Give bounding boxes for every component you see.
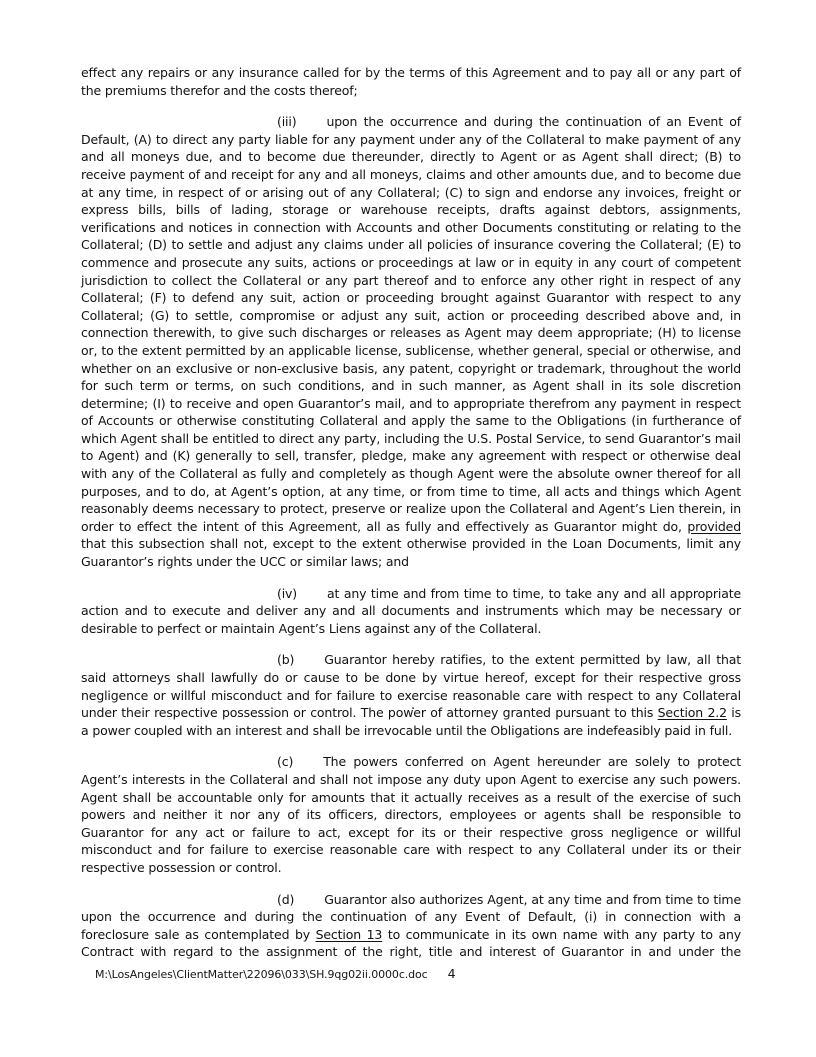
- text-run: upon the occurrence and during the conti…: [81, 114, 741, 534]
- text-run: at any time and from time to time, to ta…: [81, 586, 741, 636]
- text-run: The powers conferred on Agent hereunder …: [81, 754, 741, 875]
- paragraph-d: (d)Guarantor also authorizes Agent, at a…: [81, 891, 741, 961]
- paragraph-label: (c): [277, 754, 293, 769]
- document-body: effect any repairs or any insurance call…: [81, 64, 741, 975]
- paragraph-label: (d): [277, 892, 294, 907]
- paragraph-label: (iii): [277, 114, 296, 129]
- text-run: that this subsection shall not, except t…: [81, 536, 741, 569]
- underlined-reference: provided: [687, 519, 741, 534]
- paragraph-label: (iv): [277, 586, 297, 601]
- text-run: effect any repairs or any insurance call…: [81, 65, 741, 98]
- paragraph-continuation: effect any repairs or any insurance call…: [81, 64, 741, 99]
- scan-artifact-dot: .: [411, 698, 415, 713]
- paragraph-b: (b)Guarantor hereby ratifies, to the ext…: [81, 651, 741, 739]
- paragraph-iii: (iii)upon the occurrence and during the …: [81, 113, 741, 570]
- paragraph-c: (c)The powers conferred on Agent hereund…: [81, 753, 741, 876]
- underlined-reference: Section 2.2: [658, 705, 727, 720]
- footer-file-path: M:\LosAngeles\ClientMatter\22096\033\SH.…: [95, 968, 428, 981]
- document-page: effect any repairs or any insurance call…: [0, 0, 816, 1057]
- underlined-reference: Section 13: [316, 927, 383, 942]
- page-number: 4: [448, 966, 456, 981]
- paragraph-iv: (iv)at any time and from time to time, t…: [81, 585, 741, 638]
- page-footer: M:\LosAngeles\ClientMatter\22096\033\SH.…: [95, 966, 456, 981]
- paragraph-label: (b): [277, 652, 294, 667]
